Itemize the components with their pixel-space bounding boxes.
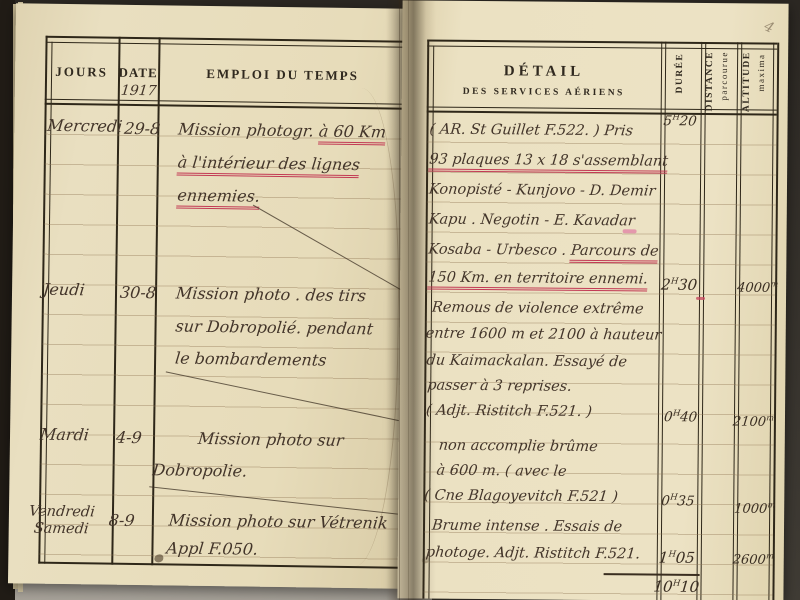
meter-unit: m xyxy=(766,552,774,561)
entry-text-underlined: ennemies. xyxy=(176,186,261,210)
detail-text: Kosaba - Urbesco . xyxy=(428,242,572,259)
detail-text: Konopisté - Kunjovo - D. Demir xyxy=(428,182,656,200)
detail-line: Kapu . Negotin - E. Kavadar xyxy=(428,212,636,230)
duree-minutes: 05 xyxy=(675,549,696,567)
entry-day: Mardi xyxy=(39,425,90,445)
detail-text: passer à 3 reprises. xyxy=(426,378,572,395)
duree-total: 10H10 xyxy=(653,578,700,596)
altitude-value: 1000m xyxy=(733,500,775,517)
entry-day: Mercredi xyxy=(46,116,123,136)
detail-text: à 600 m. ( avec le xyxy=(436,463,568,480)
binding-crease xyxy=(408,0,409,600)
altitude-value: 2100m xyxy=(732,413,774,430)
column-header-date: DATE xyxy=(118,65,158,82)
year-note: 1917 xyxy=(120,83,157,99)
meter-unit: m xyxy=(770,280,778,289)
column-header-detail: DÉTAIL xyxy=(427,63,661,82)
entry-day-second: Samedi xyxy=(33,521,89,538)
altitude-number: 2600 xyxy=(732,553,767,568)
detail-text-underlined: 150 Km. en territoire ennemi. xyxy=(427,270,649,292)
entry-day: Vendredi xyxy=(28,504,95,521)
altitude-value: 2600m xyxy=(732,551,774,568)
detail-text: Brume intense . Essais de xyxy=(431,518,623,536)
detail-text-underlined: Parcours de xyxy=(570,243,660,264)
entry-text: Dobropolie. xyxy=(152,460,249,480)
entry-text: Mission photo sur Vétrenik xyxy=(168,510,389,532)
detail-text: ( Cne Blagoyevitch F.521 ) xyxy=(424,488,619,506)
altitude-number: 1000 xyxy=(733,502,768,517)
binding-crease xyxy=(399,0,400,600)
entry-date: 8-9 xyxy=(108,511,136,530)
entry-line: à l'intérieur des lignes xyxy=(177,153,361,175)
detail-line: Remous de violence extrême xyxy=(431,300,644,318)
detail-text-underlined: 93 plaques 13 x 18 s'assemblant xyxy=(428,152,669,174)
total-hours: 10 xyxy=(653,578,674,596)
column-header-emploi: EMPLOI DU TEMPS xyxy=(158,65,407,84)
detail-line: 150 Km. en territoire ennemi. xyxy=(427,270,648,288)
altitude-value: 4000m xyxy=(736,279,778,296)
entry-date: 30-8 xyxy=(119,283,157,302)
detail-line: Kosaba - Urbesco . Parcours de xyxy=(428,242,660,260)
column-header-altitude: ALTITUDE xyxy=(742,51,753,112)
detail-text: Kapu . Negotin - E. Kavadar xyxy=(428,212,636,230)
detail-text: photoge. Adjt. Ristitch F.521. xyxy=(425,545,641,563)
detail-line: 93 plaques 13 x 18 s'assemblant xyxy=(428,152,668,170)
duree-value: 5H20 xyxy=(663,113,698,130)
entry-text: sur Dobropolié. pendant xyxy=(175,317,374,339)
left-page: JOURS DATE EMPLOI DU TEMPS 1917 Mercredi… xyxy=(8,3,408,588)
column-header-detail-sub: DES SERVICES AÉRIENS xyxy=(427,87,661,99)
entry-line: le bombardements xyxy=(174,349,327,370)
column-header-jours: JOURS xyxy=(45,64,118,81)
duree-value: 1H05 xyxy=(658,549,696,567)
entry-line: Mission photo sur xyxy=(197,429,344,450)
duree-minutes: 30 xyxy=(677,276,698,294)
detail-text: Remous de violence extrême xyxy=(431,300,644,318)
duree-value: 0H35 xyxy=(660,493,695,510)
right-page: DÉTAIL DES SERVICES AÉRIENS DURÉE DISTAN… xyxy=(397,0,788,600)
detail-line: à 600 m. ( avec le xyxy=(436,463,568,480)
entry-text: Mission photo . des tirs xyxy=(175,284,367,306)
detail-text: du Kaimackalan. Essayé de xyxy=(426,353,628,371)
detail-line: photoge. Adjt. Ristitch F.521. xyxy=(425,545,641,563)
detail-line: entre 1600 m et 2100 à hauteur xyxy=(425,326,662,344)
entry-day: Jeudi xyxy=(42,280,85,300)
entry-text: le bombardements xyxy=(174,349,327,370)
detail-text: non accomplie brûme xyxy=(438,438,599,455)
detail-text: ( AR. St Guillet F.522. ) Pris xyxy=(429,122,634,140)
duree-minutes: 35 xyxy=(676,493,695,509)
column-header-distance-sub: parcourue xyxy=(719,51,729,101)
entry-line: Mission photogr. à 60 Km xyxy=(177,120,387,142)
detail-line: Konopisté - Kunjovo - D. Demir xyxy=(428,182,656,200)
duree-value: 0H40 xyxy=(663,409,698,426)
entry-line: Dobropolie. xyxy=(152,460,249,480)
entry-line: Mission photo sur Vétrenik xyxy=(168,510,389,532)
column-header-duree: DURÉE xyxy=(675,53,685,94)
entry-date: 4-9 xyxy=(115,428,143,447)
entry-date: 29-8 xyxy=(123,119,161,138)
column-header-distance: DISTANCE xyxy=(705,51,716,111)
duree-value: 2H30 xyxy=(660,276,698,294)
detail-text: ( Adjt. Ristitch F.521. ) xyxy=(425,403,592,420)
entry-line: Appl F.050. xyxy=(166,538,259,558)
duree-minutes: 20 xyxy=(679,113,698,129)
total-minutes: 10 xyxy=(679,578,700,596)
detail-line: ( Cne Blagoyevitch F.521 ) xyxy=(424,488,619,506)
detail-text: entre 1600 m et 2100 à hauteur xyxy=(425,326,662,344)
detail-line: Brume intense . Essais de xyxy=(431,518,623,536)
meter-unit: m xyxy=(766,414,774,423)
table-border xyxy=(427,40,777,45)
altitude-number: 4000 xyxy=(736,281,771,296)
entry-text: Mission photogr. xyxy=(177,120,320,141)
altitude-number: 2100 xyxy=(732,415,767,430)
detail-line: passer à 3 reprises. xyxy=(426,378,572,395)
detail-line: ( Adjt. Ristitch F.521. ) xyxy=(425,403,592,420)
header-separator xyxy=(427,107,777,111)
entry-text: Appl F.050. xyxy=(166,538,259,558)
logbook-photo: JOURS DATE EMPLOI DU TEMPS 1917 Mercredi… xyxy=(0,0,800,600)
column-header-altitude-sub: maxima xyxy=(756,53,766,91)
entry-line: ennemies. xyxy=(176,186,261,206)
entry-line: Mission photo . des tirs xyxy=(175,284,367,306)
detail-line: du Kaimackalan. Essayé de xyxy=(426,353,628,371)
pink-pencil-mark xyxy=(623,229,637,233)
table-border xyxy=(46,42,408,48)
detail-line: non accomplie brûme xyxy=(438,438,599,455)
entry-text-underlined: à 60 Km xyxy=(318,122,388,146)
entry-text: Mission photo sur xyxy=(197,429,344,450)
table-border xyxy=(427,46,777,50)
entry-line: sur Dobropolié. pendant xyxy=(175,317,374,339)
corner-page-mark: 4 xyxy=(761,18,776,36)
duree-minutes: 40 xyxy=(679,409,698,425)
meter-unit: m xyxy=(767,501,775,510)
red-pencil-mark xyxy=(696,297,705,300)
detail-line: ( AR. St Guillet F.522. ) Pris xyxy=(429,122,634,140)
entry-text-underlined: à l'intérieur des lignes xyxy=(176,153,361,179)
